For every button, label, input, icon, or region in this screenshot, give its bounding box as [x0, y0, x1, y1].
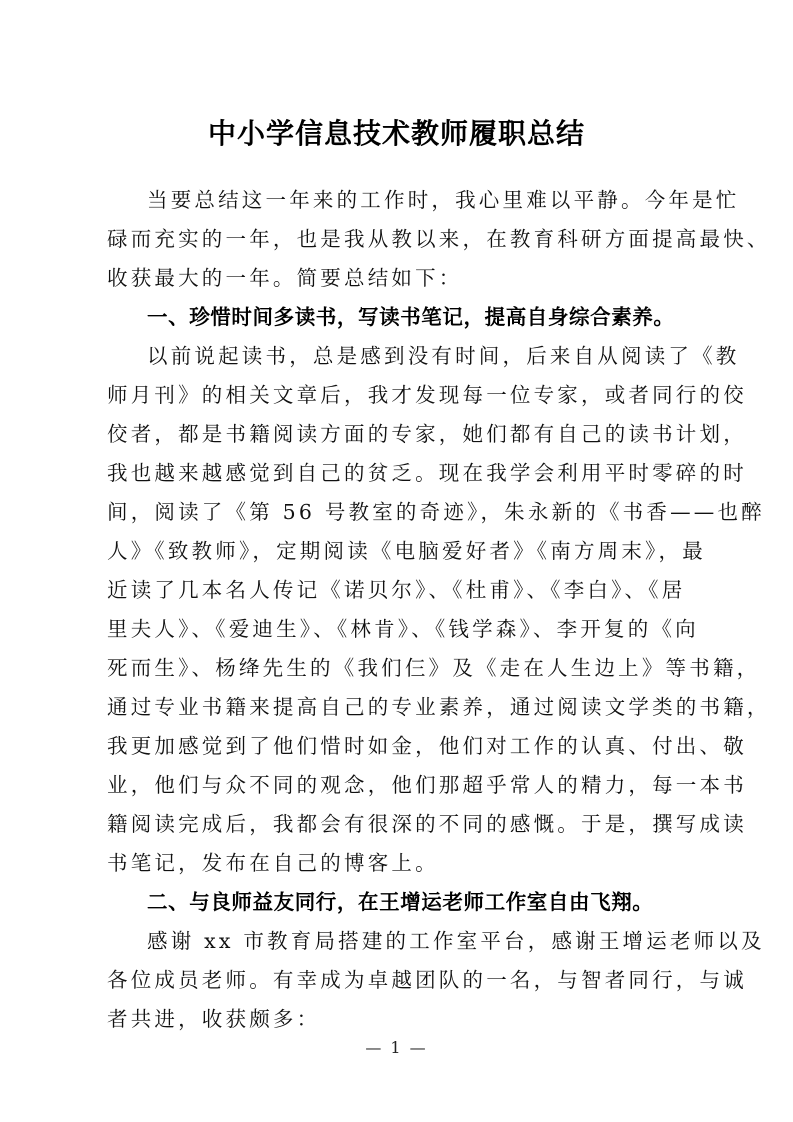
paragraph-line: 死而生》、杨绛先生的《我们仨》及《走在人生边上》等书籍， [107, 653, 687, 683]
paragraph-line: 收获最大的一年。简要总结如下： [107, 263, 687, 293]
paragraph-line: 间，阅读了《第 56 号教室的奇迹》，朱永新的《书香——也醉 [107, 497, 687, 527]
paragraph-line: 业，他们与众不同的观念，他们那超乎常人的精力，每一本书 [107, 770, 687, 800]
page-number: — 1 — [0, 1038, 793, 1057]
paragraph-line: 籍阅读完成后，我都会有很深的不同的感慨。于是，撰写成读 [107, 809, 687, 839]
paragraph-line: 者共进，收获颇多： [107, 1004, 687, 1034]
paragraph-line: 书笔记，发布在自己的博客上。 [107, 848, 687, 878]
paragraph-line: 里夫人》、《爱迪生》、《林肯》、《钱学森》、李开复的《向 [107, 614, 687, 644]
paragraph-line: 佼者，都是书籍阅读方面的专家，她们都有自己的读书计划， [107, 419, 687, 449]
paragraph-line: 碌而充实的一年，也是我从教以来，在教育科研方面提高最快、 [107, 224, 687, 254]
document-page: 中小学信息技术教师履职总结 当要总结这一年来的工作时，我心里难以平静。今年是忙 … [0, 0, 793, 1122]
paragraph-line: 感谢 xx 市教育局搭建的工作室平台，感谢王增运老师以及 [147, 926, 727, 956]
paragraph-line: 我更加感觉到了他们惜时如金，他们对工作的认真、付出、敬 [107, 731, 687, 761]
section-heading-2: 二、与良师益友同行，在王增运老师工作室自由飞翔。 [147, 887, 707, 917]
paragraph-line: 各位成员老师。有幸成为卓越团队的一名，与智者同行，与诚 [107, 965, 687, 995]
paragraph-line: 通过专业书籍来提高自己的专业素养，通过阅读文学类的书籍， [107, 692, 687, 722]
page-title: 中小学信息技术教师履职总结 [0, 114, 793, 154]
paragraph-line: 我也越来越感觉到自己的贫乏。现在我学会利用平时零碎的时 [107, 458, 687, 488]
paragraph-line: 以前说起读书，总是感到没有时间，后来自从阅读了《教 [147, 341, 727, 371]
paragraph-line: 师月刊》的相关文章后，我才发现每一位专家，或者同行的佼 [107, 380, 687, 410]
paragraph-line: 人》《致教师》，定期阅读《电脑爱好者》《南方周末》，最 [107, 536, 687, 566]
section-heading-1: 一、珍惜时间多读书，写读书笔记，提高自身综合素养。 [147, 302, 707, 332]
paragraph-line: 当要总结这一年来的工作时，我心里难以平静。今年是忙 [147, 185, 727, 215]
paragraph-line: 近读了几本名人传记《诺贝尔》、《杜甫》、《李白》、《居 [107, 575, 687, 605]
